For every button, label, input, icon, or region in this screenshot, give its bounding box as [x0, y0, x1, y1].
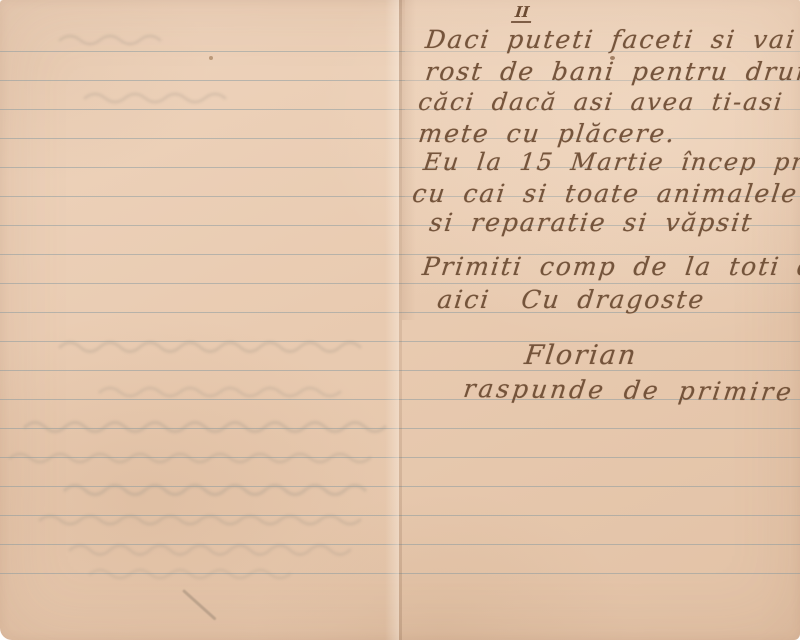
handwritten-line-5: Eu la 15 Martie încep proba [422, 150, 800, 174]
handwritten-line-3: căci dacă asi avea ti-asi tri- [417, 90, 800, 114]
center-fold-shadow [402, 0, 416, 320]
closing-cu-dragoste: Cu dragoste [520, 287, 707, 312]
page-number: II [511, 3, 533, 23]
handwritten-line-7: si reparatie si văpsit [428, 210, 755, 235]
signature: Florian [523, 342, 639, 369]
postscript-line: raspunde de primire [462, 376, 796, 404]
paper-speck [209, 56, 213, 60]
handwritten-line-2: rost de bani pentru drum [424, 59, 800, 84]
closing-word-aici: aici [436, 287, 492, 312]
scanned-letter-page: II Daci puteti faceti si vai rost de ban… [0, 0, 800, 640]
handwritten-line-6: cu cai si toate animalele [411, 181, 800, 206]
handwritten-line-1: Daci puteti faceti si vai [424, 27, 798, 52]
paper-background: II Daci puteti faceti si vai rost de ban… [0, 0, 800, 640]
center-fold-highlight [385, 0, 399, 640]
handwritten-line-4: mete cu plăcere. [417, 121, 678, 146]
handwritten-line-8: Primiti comp de la toti de [421, 254, 800, 279]
